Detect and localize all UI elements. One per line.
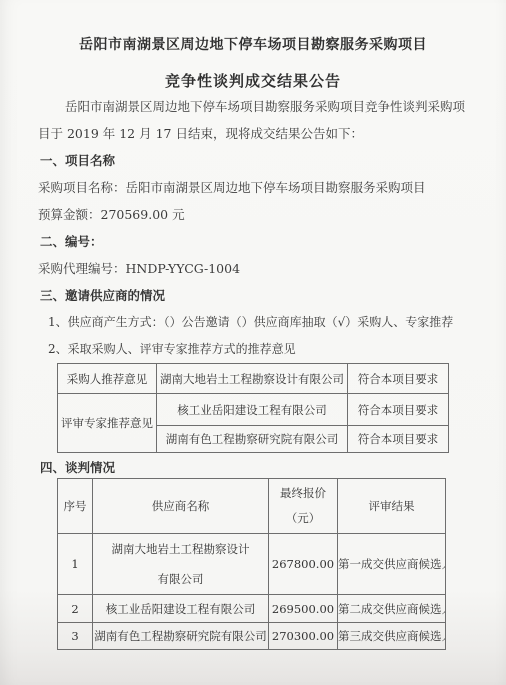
serial-number-cell: 2	[58, 595, 93, 623]
final-price-cell: 270300.00	[269, 623, 338, 650]
table-row: 评审专家推荐意见 核工业岳阳建设工程有限公司 符合本项目要求	[58, 394, 449, 426]
final-price-header-line1: 最终报价	[269, 481, 337, 506]
final-price-header-line2: （元）	[269, 506, 337, 531]
review-result-cell: 第三成交供应商候选人	[338, 623, 446, 650]
supplier-selection-method-line: 1、供应商产生方式：（）公告邀请（）供应商库抽取（√）采购人、专家推荐	[38, 309, 476, 336]
supplier-name-cell: 湖南有色工程勘察研究院有限公司	[157, 426, 348, 453]
supplier-name-header: 供应商名称	[93, 479, 269, 534]
intro-line-1: 岳阳市南湖景区周边地下停车场项目勘察服务采购项目竞争性谈判采购项	[38, 93, 476, 120]
project-name-line: 采购项目名称：岳阳市南湖景区周边地下停车场项目勘察服务采购项目	[38, 174, 476, 201]
opinion-cell: 符合本项目要求	[348, 394, 449, 426]
section-4-heading: 四、谈判情况	[40, 458, 115, 476]
opinion-cell: 符合本项目要求	[348, 364, 449, 394]
section-2-heading: 二、编号：	[38, 228, 476, 255]
supplier-name-cell: 核工业岳阳建设工程有限公司	[93, 595, 269, 623]
supplier-name-cell: 湖南有色工程勘察研究院有限公司	[93, 623, 269, 650]
doc-title-line2: 竞争性谈判成交结果公告	[0, 70, 506, 91]
table-row: 采购人推荐意见 湖南大地岩土工程勘察设计有限公司 符合本项目要求	[58, 364, 449, 394]
section-1-heading: 一、项目名称	[38, 147, 476, 174]
negotiation-table: 序号 供应商名称 最终报价 （元） 评审结果 1 湖南大地岩土工程勘察设计 有限…	[57, 478, 446, 650]
intro-line-2: 目于 2019 年 12 月 17 日结束，现将成交结果公告如下：	[38, 120, 476, 147]
serial-number-cell: 1	[58, 534, 93, 595]
recommender-label-cell: 采购人推荐意见	[58, 364, 157, 394]
table-row: 2 核工业岳阳建设工程有限公司 269500.00 第二成交供应商候选人	[58, 595, 446, 623]
recommendation-intro-line: 2、采取采购人、评审专家推荐方式的推荐意见	[38, 336, 476, 363]
final-price-header: 最终报价 （元）	[269, 479, 338, 534]
agency-number-line: 采购代理编号：HNDP-YYCG-1004	[38, 255, 476, 282]
opinion-cell: 符合本项目要求	[348, 426, 449, 453]
doc-body: 岳阳市南湖景区周边地下停车场项目勘察服务采购项目竞争性谈判采购项 目于 2019…	[38, 93, 476, 363]
supplier-name-cell: 核工业岳阳建设工程有限公司	[157, 394, 348, 426]
supplier-name-cell: 湖南大地岩土工程勘察设计有限公司	[157, 364, 348, 394]
final-price-cell: 267800.00	[269, 534, 338, 595]
scanned-document-page: 岳阳市南湖景区周边地下停车场项目勘察服务采购项目 竞争性谈判成交结果公告 岳阳市…	[0, 0, 506, 685]
recommendation-table: 采购人推荐意见 湖南大地岩土工程勘察设计有限公司 符合本项目要求 评审专家推荐意…	[57, 363, 449, 453]
review-result-cell: 第一成交供应商候选人	[338, 534, 446, 595]
supplier-name-line2: 有限公司	[93, 564, 268, 594]
review-result-header: 评审结果	[338, 479, 446, 534]
supplier-name-cell: 湖南大地岩土工程勘察设计 有限公司	[93, 534, 269, 595]
table-row: 3 湖南有色工程勘察研究院有限公司 270300.00 第三成交供应商候选人	[58, 623, 446, 650]
supplier-name-line1: 湖南大地岩土工程勘察设计	[93, 534, 268, 564]
final-price-cell: 269500.00	[269, 595, 338, 623]
table-header-row: 序号 供应商名称 最终报价 （元） 评审结果	[58, 479, 446, 534]
serial-number-cell: 3	[58, 623, 93, 650]
section-3-heading: 三、邀请供应商的情况	[38, 282, 476, 309]
review-result-cell: 第二成交供应商候选人	[338, 595, 446, 623]
budget-line: 预算金额：270569.00 元	[38, 201, 476, 228]
table-row: 1 湖南大地岩土工程勘察设计 有限公司 267800.00 第一成交供应商候选人	[58, 534, 446, 595]
doc-title-line1: 岳阳市南湖景区周边地下停车场项目勘察服务采购项目	[0, 34, 506, 54]
serial-number-header: 序号	[58, 479, 93, 534]
recommender-label-cell: 评审专家推荐意见	[58, 394, 157, 453]
